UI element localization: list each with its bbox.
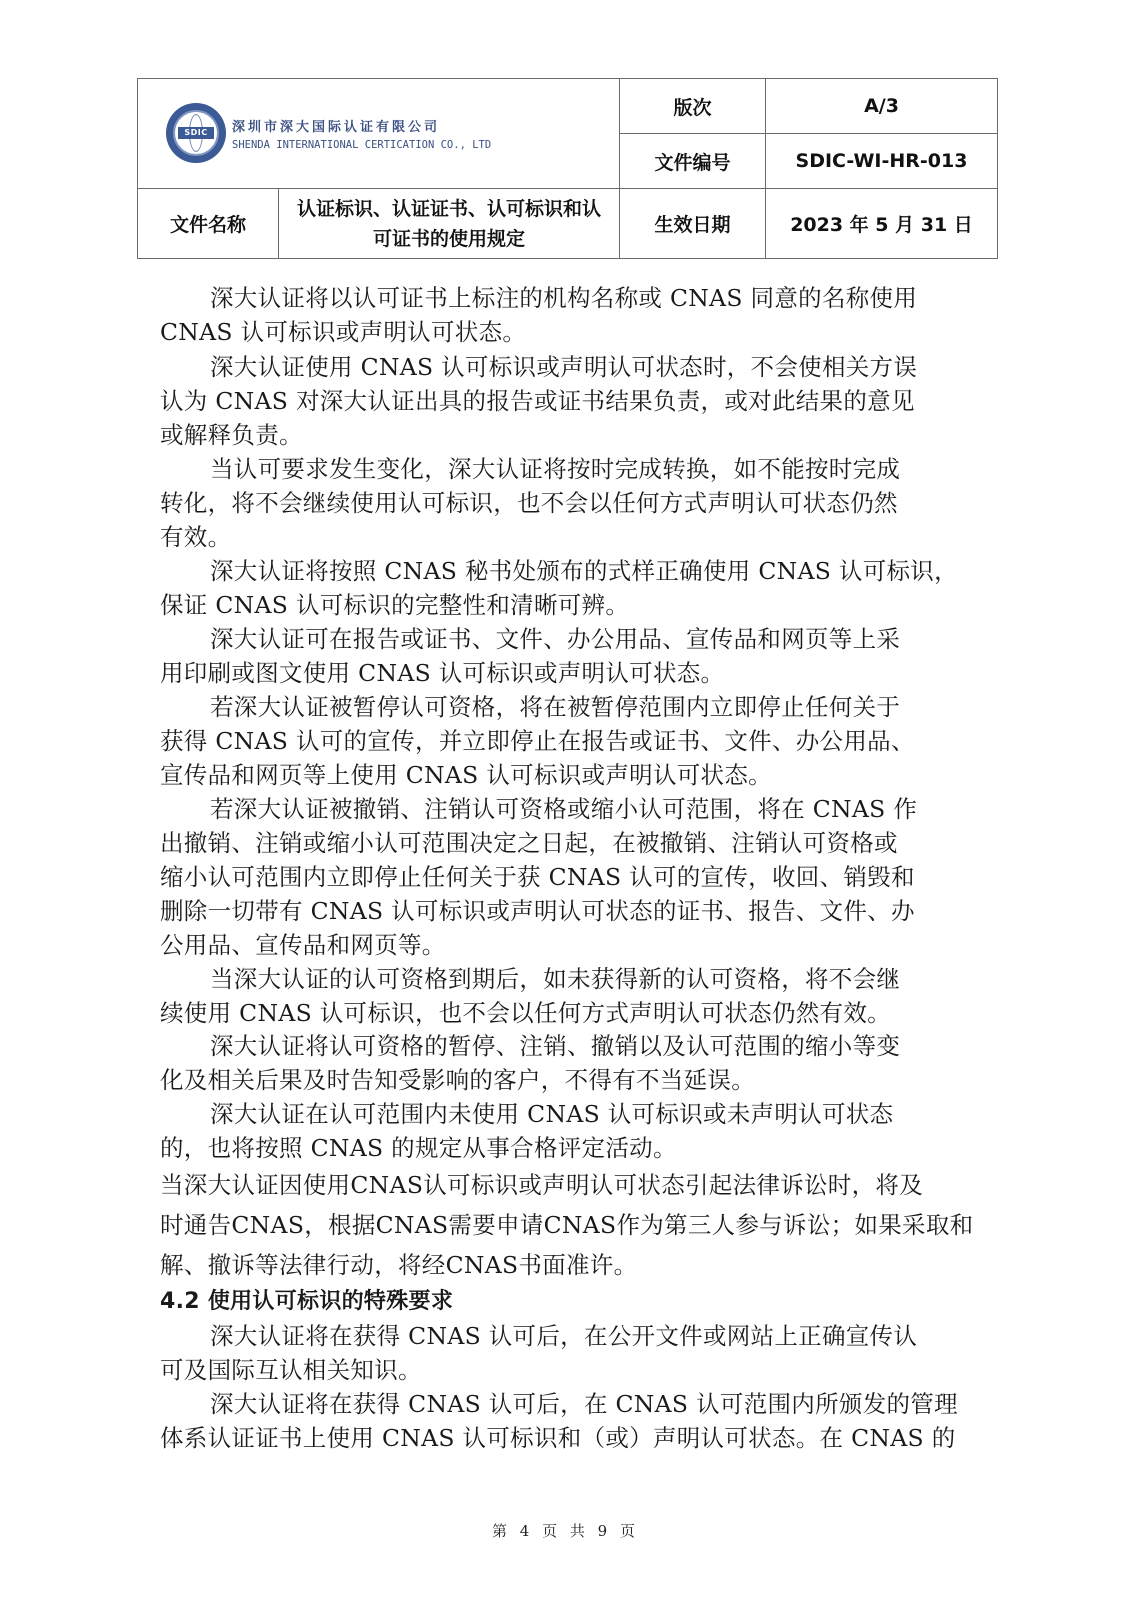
company-name-en: SHENDA INTERNATIONAL CERTICATION CO., LT…: [232, 139, 491, 151]
paragraph-line: 续使用 CNAS 认可标识，也不会以任何方式声明认可状态仍然有效。: [160, 998, 891, 1028]
paragraph-line: 删除一切带有 CNAS 认可标识或声明认可状态的证书、报告、文件、办: [160, 896, 915, 926]
paragraph-line: 保证 CNAS 认可标识的完整性和清晰可辨。: [160, 590, 629, 620]
paragraph-line: 深大认证将在获得 CNAS 认可后，在公开文件或网站上正确宣传认: [210, 1321, 917, 1351]
effective-date-value: 2023 年 5 月 31 日: [766, 189, 998, 259]
paragraph-line: 认为 CNAS 对深大认证出具的报告或证书结果负责，或对此结果的意见: [160, 386, 915, 416]
effective-date-label: 生效日期: [620, 189, 766, 259]
company-name-cn: 深圳市深大国际认证有限公司: [232, 116, 491, 135]
paragraph-line: 出撤销、注销或缩小认可范围决定之日起，在被撤销、注销认可资格或: [160, 828, 898, 858]
version-value: A/3: [766, 79, 998, 134]
paragraph-line: 深大认证使用 CNAS 认可标识或声明认可状态时，不会使相关方误: [210, 352, 917, 382]
paragraph-line: 公用品、宣传品和网页等。: [160, 930, 446, 960]
doc-name-line-1: 认证标识、认证证书、认可标识和认: [279, 194, 619, 224]
doc-number-value: SDIC-WI-HR-013: [766, 134, 998, 189]
paragraph-line: 深大认证将认可资格的暂停、注销、撤销以及认可范围的缩小等变: [210, 1031, 900, 1061]
paragraph-line: 深大认证可在报告或证书、文件、办公用品、宣传品和网页等上采: [210, 624, 900, 654]
document-header-table: SDIC 深圳市深大国际认证有限公司 SHENDA INTERNATIONAL …: [137, 78, 998, 259]
paragraph-line: 当深大认证因使用CNAS认可标识或声明认可状态引起法律诉讼时，将及: [160, 1170, 923, 1200]
paragraph-line: 解、撤诉等法律行动，将经CNAS书面准许。: [160, 1250, 637, 1280]
sdic-globe-logo-icon: SDIC: [166, 103, 226, 163]
logo-text: SDIC: [178, 127, 214, 139]
paragraph-line: 体系认证证书上使用 CNAS 认可标识和（或）声明认可状态。在 CNAS 的: [160, 1423, 956, 1453]
paragraph-line: 化及相关后果及时告知受影响的客户，不得有不当延误。: [160, 1065, 755, 1095]
paragraph-line: 时通告CNAS，根据CNAS需要申请CNAS作为第三人参与诉讼；如果采取和: [160, 1210, 973, 1240]
paragraph-line: 获得 CNAS 认可的宣传，并立即停止在报告或证书、文件、办公用品、: [160, 726, 915, 756]
paragraph-line: 缩小认可范围内立即停止任何关于获 CNAS 认可的宣传，收回、销毁和: [160, 862, 915, 892]
section-heading: 4.2 使用认可标识的特殊要求: [160, 1287, 453, 1317]
company-logo-cell: SDIC 深圳市深大国际认证有限公司 SHENDA INTERNATIONAL …: [138, 79, 620, 189]
doc-name-value: 认证标识、认证证书、认可标识和认 可证书的使用规定: [279, 189, 620, 259]
paragraph-line: 当深大认证的认可资格到期后，如未获得新的认可资格，将不会继: [210, 964, 900, 994]
paragraph-line: 深大认证在认可范围内未使用 CNAS 认可标识或未声明认可状态: [210, 1099, 893, 1129]
paragraph-line: 宣传品和网页等上使用 CNAS 认可标识或声明认可状态。: [160, 760, 772, 790]
version-label: 版次: [620, 79, 766, 134]
paragraph-line: 有效。: [160, 522, 231, 552]
paragraph-line: 深大认证将在获得 CNAS 认可后，在 CNAS 认可范围内所颁发的管理: [210, 1389, 958, 1419]
paragraph-line: 若深大认证被暂停认可资格，将在被暂停范围内立即停止任何关于: [210, 692, 900, 722]
doc-name-label: 文件名称: [138, 189, 279, 259]
doc-number-label: 文件编号: [620, 134, 766, 189]
paragraph-line: CNAS 认可标识或声明认可状态。: [160, 317, 526, 347]
paragraph-line: 深大认证将按照 CNAS 秘书处颁布的式样正确使用 CNAS 认可标识，: [210, 556, 958, 586]
paragraph-line: 用印刷或图文使用 CNAS 认可标识或声明认可状态。: [160, 658, 724, 688]
paragraph-line: 若深大认证被撤销、注销认可资格或缩小认可范围，将在 CNAS 作: [210, 794, 917, 824]
paragraph-line: 的，也将按照 CNAS 的规定从事合格评定活动。: [160, 1133, 677, 1163]
paragraph-line: 可及国际互认相关知识。: [160, 1355, 422, 1385]
company-branding: SDIC 深圳市深大国际认证有限公司 SHENDA INTERNATIONAL …: [166, 103, 491, 163]
paragraph-line: 转化，将不会继续使用认可标识，也不会以任何方式声明认可状态仍然: [160, 488, 898, 518]
paragraph-line: 当认可要求发生变化，深大认证将按时完成转换，如不能按时完成: [210, 454, 900, 484]
paragraph-line: 或解释负责。: [160, 420, 303, 450]
paragraph-line: 深大认证将以认可证书上标注的机构名称或 CNAS 同意的名称使用: [210, 283, 917, 313]
doc-name-line-2: 可证书的使用规定: [279, 224, 619, 254]
page-number: 第 4 页 共 9 页: [0, 1520, 1131, 1541]
